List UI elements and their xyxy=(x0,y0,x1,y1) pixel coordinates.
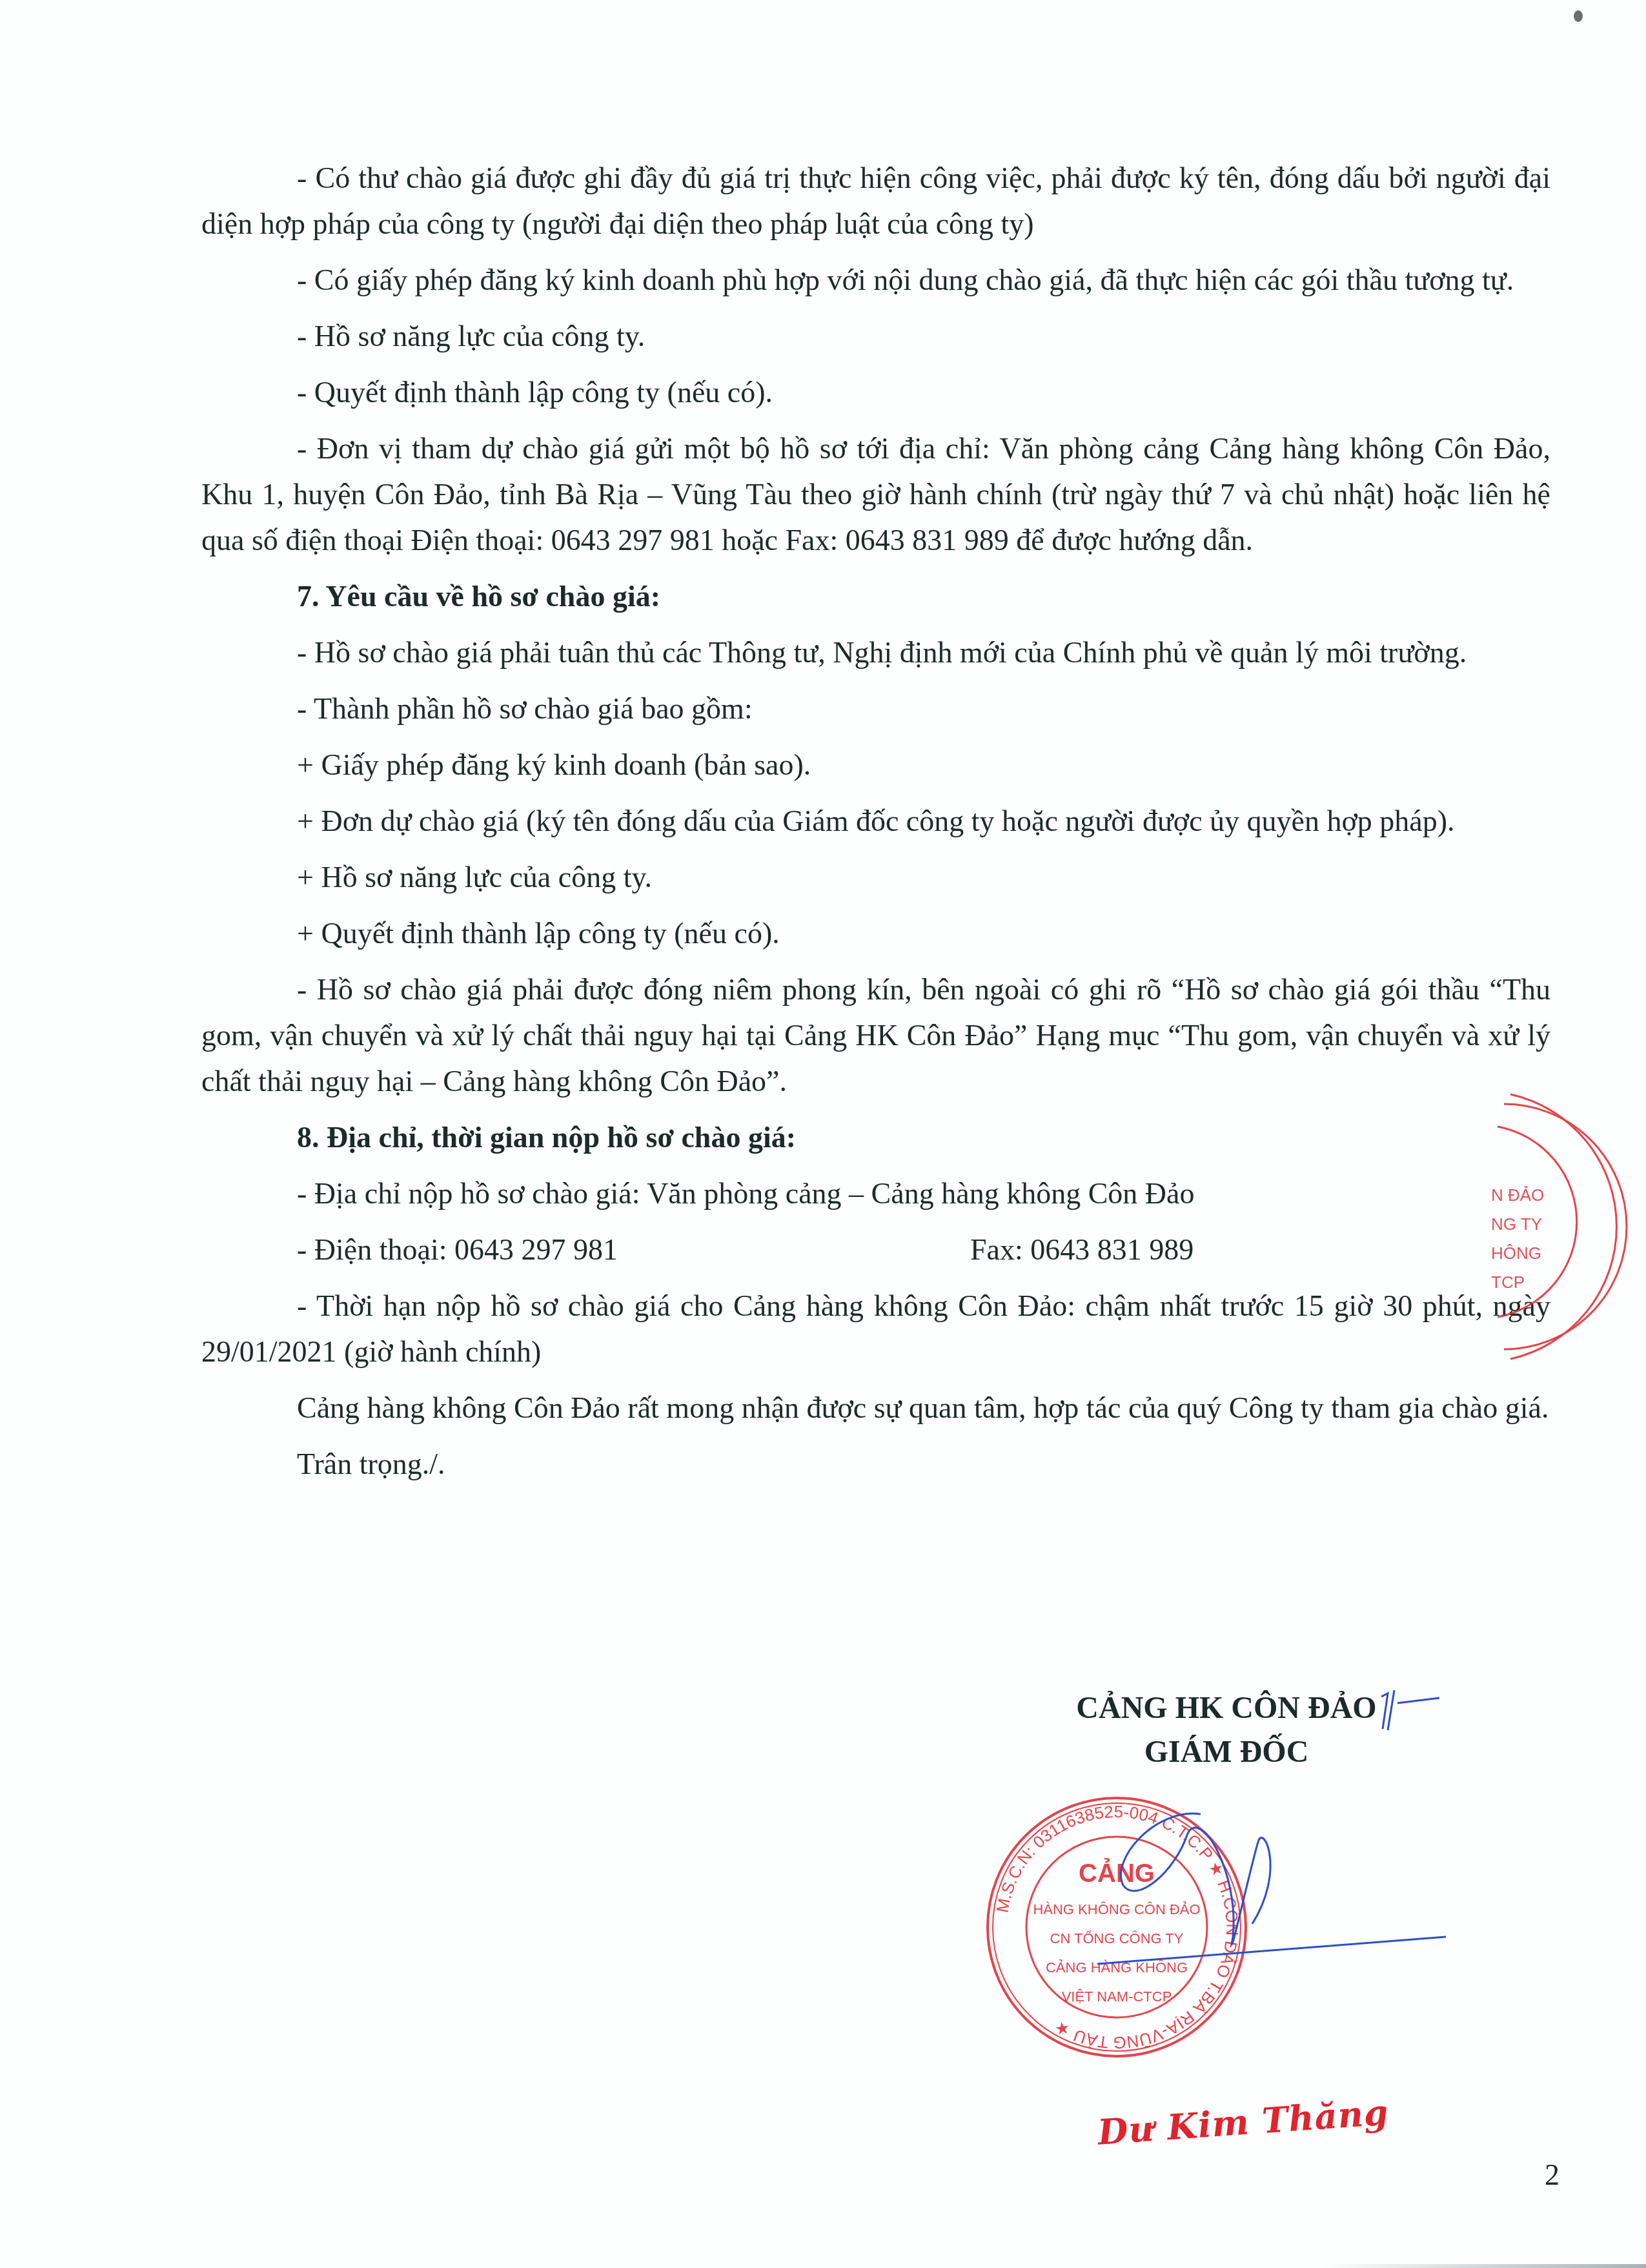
section-7-item: + Giấy phép đăng ký kinh doanh (bản sao)… xyxy=(201,742,1550,788)
signer-title: GIÁM ĐỐC xyxy=(1059,1730,1394,1774)
contact-row: - Điện thoại: 0643 297 981 Fax: 0643 831… xyxy=(201,1227,1550,1272)
closing-paragraph: Cảng hàng không Côn Đảo rất mong nhận đư… xyxy=(201,1385,1550,1431)
paragraph-req-letter: - Có thư chào giá được ghi đầy đủ giá tr… xyxy=(201,155,1550,247)
submission-address: - Địa chỉ nộp hồ sơ chào giá: Văn phòng … xyxy=(201,1170,1550,1216)
paragraph-req-profile: - Hồ sơ năng lực của công ty. xyxy=(201,313,1550,359)
initials-mark-icon xyxy=(1368,1684,1446,1735)
handwritten-signature-icon xyxy=(1072,1795,1459,2027)
section-7-item: - Hồ sơ chào giá phải được đóng niêm pho… xyxy=(201,966,1550,1104)
regards: Trân trọng./. xyxy=(201,1441,1550,1487)
svg-text:NG TY: NG TY xyxy=(1491,1214,1542,1234)
document-body: - Có thư chào giá được ghi đầy đủ giá tr… xyxy=(201,155,1550,1487)
scan-edge xyxy=(1323,2264,1646,2268)
section-7-item: + Quyết định thành lập công ty (nếu có). xyxy=(201,910,1550,956)
partial-stamp-icon: N ĐẢO NG TY HÔNG TCP xyxy=(1485,1091,1646,1362)
signature-block: CẢNG HK CÔN ĐẢO GIÁM ĐỐC xyxy=(1059,1686,1394,1774)
svg-text:TCP: TCP xyxy=(1491,1272,1525,1292)
phone-number: - Điện thoại: 0643 297 981 xyxy=(297,1227,970,1272)
fax-number: Fax: 0643 831 989 xyxy=(970,1227,1194,1272)
section-8-heading: 8. Địa chỉ, thời gian nộp hồ sơ chào giá… xyxy=(201,1114,1550,1160)
section-7-item: - Hồ sơ chào giá phải tuân thủ các Thông… xyxy=(201,629,1550,675)
paragraph-req-decision: - Quyết định thành lập công ty (nếu có). xyxy=(201,369,1550,415)
signing-organization: CẢNG HK CÔN ĐẢO xyxy=(1059,1686,1394,1730)
section-7-heading: 7. Yêu cầu về hồ sơ chào giá: xyxy=(201,573,1550,619)
submission-deadline: - Thời hạn nộp hồ sơ chào giá cho Cảng h… xyxy=(201,1283,1550,1374)
section-7-item: + Đơn dự chào giá (ký tên đóng dấu của G… xyxy=(201,798,1550,844)
section-7-item: - Thành phần hồ sơ chào giá bao gồm: xyxy=(201,686,1550,731)
page-number: 2 xyxy=(1545,2158,1560,2192)
signer-name: Dư Kim Thăng xyxy=(1096,2091,1390,2152)
paragraph-req-license: - Có giấy phép đăng ký kinh doanh phù hợ… xyxy=(201,257,1550,303)
paragraph-req-submit: - Đơn vị tham dự chào giá gửi một bộ hồ … xyxy=(201,425,1550,563)
section-7-item: + Hồ sơ năng lực của công ty. xyxy=(201,854,1550,900)
svg-text:N ĐẢO: N ĐẢO xyxy=(1491,1185,1544,1205)
document-page: - Có thư chào giá được ghi đầy đủ giá tr… xyxy=(0,0,1646,2268)
svg-text:HÔNG: HÔNG xyxy=(1491,1243,1541,1263)
scan-artifact-dot xyxy=(1574,10,1583,22)
